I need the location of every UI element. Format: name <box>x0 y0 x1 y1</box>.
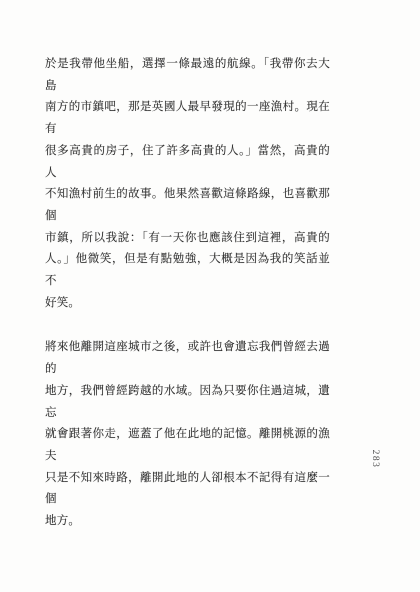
text-line: 南方的市鎮吧，那是英國人最早發現的一座漁村。現在有 <box>45 97 330 140</box>
page-number: 283 <box>360 444 390 474</box>
text-line: 市鎮，所以我說：「有一天你也應該住到這裡，高貴的 <box>45 228 330 250</box>
text-line: 將來他離開這座城市之後，或許也會遺忘我們曾經去過的 <box>45 337 330 380</box>
paragraph-1: 於是我帶他坐船，選擇一條最遠的航線。「我帶你去大島 南方的市鎮吧，那是英國人最早… <box>45 54 330 314</box>
text-line: 地方，我們曾經跨越的水域。因為只要你住過這城，遺忘 <box>45 381 330 424</box>
text-line: 不知漁村前生的故事。他果然喜歡這條路線，也喜歡那個 <box>45 184 330 227</box>
body-text: 於是我帶他坐船，選擇一條最遠的航線。「我帶你去大島 南方的市鎮吧，那是英國人最早… <box>45 54 330 533</box>
text-line: 於是我帶他坐船，選擇一條最遠的航線。「我帶你去大島 <box>45 54 330 97</box>
text-line: 人。」他微笑，但是有點勉強，大概是因為我的笑話並不 <box>45 249 330 292</box>
paragraph-2: 將來他離開這座城市之後，或許也會遺忘我們曾經去過的 地方，我們曾經跨越的水域。因… <box>45 337 330 532</box>
book-page: 於是我帶他坐船，選擇一條最遠的航線。「我帶你去大島 南方的市鎮吧，那是英國人最早… <box>0 0 420 592</box>
text-line: 好笑。 <box>45 293 330 315</box>
text-line: 地方。 <box>45 511 330 533</box>
text-line: 就會跟著你走，遮蓋了他在此地的記憶。離開桃源的漁夫 <box>45 424 330 467</box>
text-line: 很多高貴的房子，住了許多高貴的人。」當然，高貴的人 <box>45 141 330 184</box>
text-line: 只是不知來時路，離開此地的人卻根本不記得有這麼一個 <box>45 468 330 511</box>
